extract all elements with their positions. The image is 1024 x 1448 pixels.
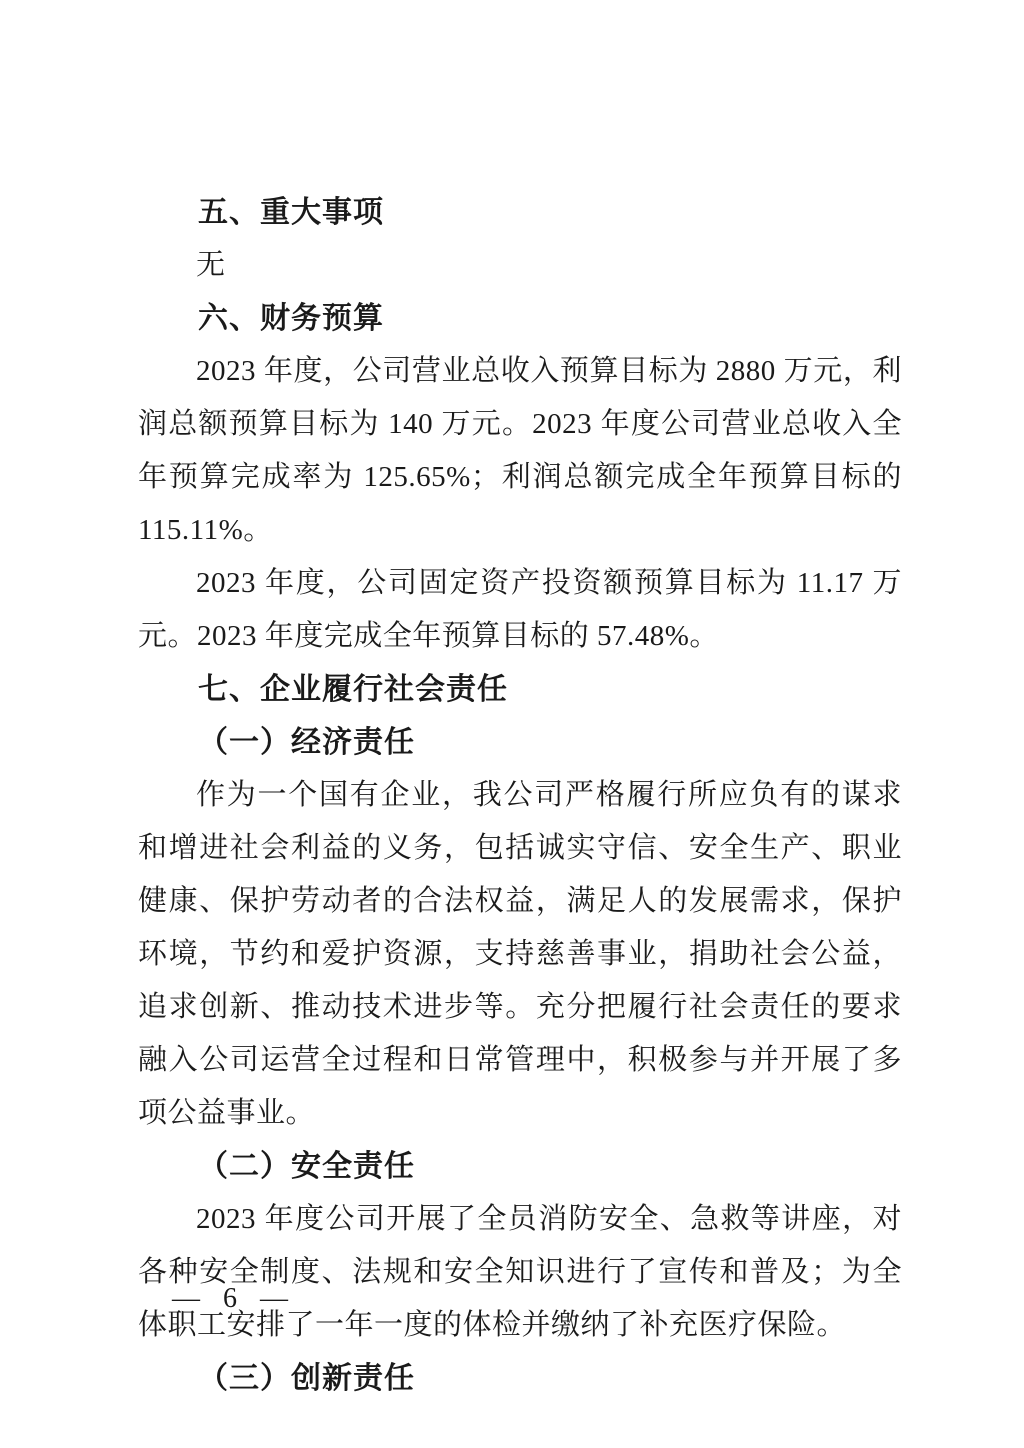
subheading-innovation-responsibility: （三）创新责任 — [138, 1352, 902, 1405]
section-heading-financial-budget: 六、财务预算 — [138, 292, 902, 345]
document-body: 五、重大事项 无 六、财务预算 2023 年度，公司营业总收入预算目标为 288… — [138, 186, 902, 1405]
paragraph-fixed-asset-budget: 2023 年度，公司固定资产投资额预算目标为 11.17 万元。2023 年度完… — [138, 557, 902, 663]
paragraph-safety-responsibility: 2023 年度公司开展了全员消防安全、急救等讲座，对各种安全制度、法规和安全知识… — [138, 1193, 902, 1352]
paragraph-major-matters-none: 无 — [138, 239, 902, 292]
section-heading-major-matters: 五、重大事项 — [138, 186, 902, 239]
paragraph-revenue-budget: 2023 年度，公司营业总收入预算目标为 2880 万元，利润总额预算目标为 1… — [138, 345, 902, 557]
section-heading-social-responsibility: 七、企业履行社会责任 — [138, 663, 902, 716]
paragraph-economic-responsibility: 作为一个国有企业，我公司严格履行所应负有的谋求和增进社会利益的义务，包括诚实守信… — [138, 769, 902, 1140]
subheading-economic-responsibility: （一）经济责任 — [138, 716, 902, 769]
subheading-safety-responsibility: （二）安全责任 — [138, 1140, 902, 1193]
page-number: — 6 — — [172, 1283, 296, 1315]
document-page: 五、重大事项 无 六、财务预算 2023 年度，公司营业总收入预算目标为 288… — [0, 0, 1024, 1448]
